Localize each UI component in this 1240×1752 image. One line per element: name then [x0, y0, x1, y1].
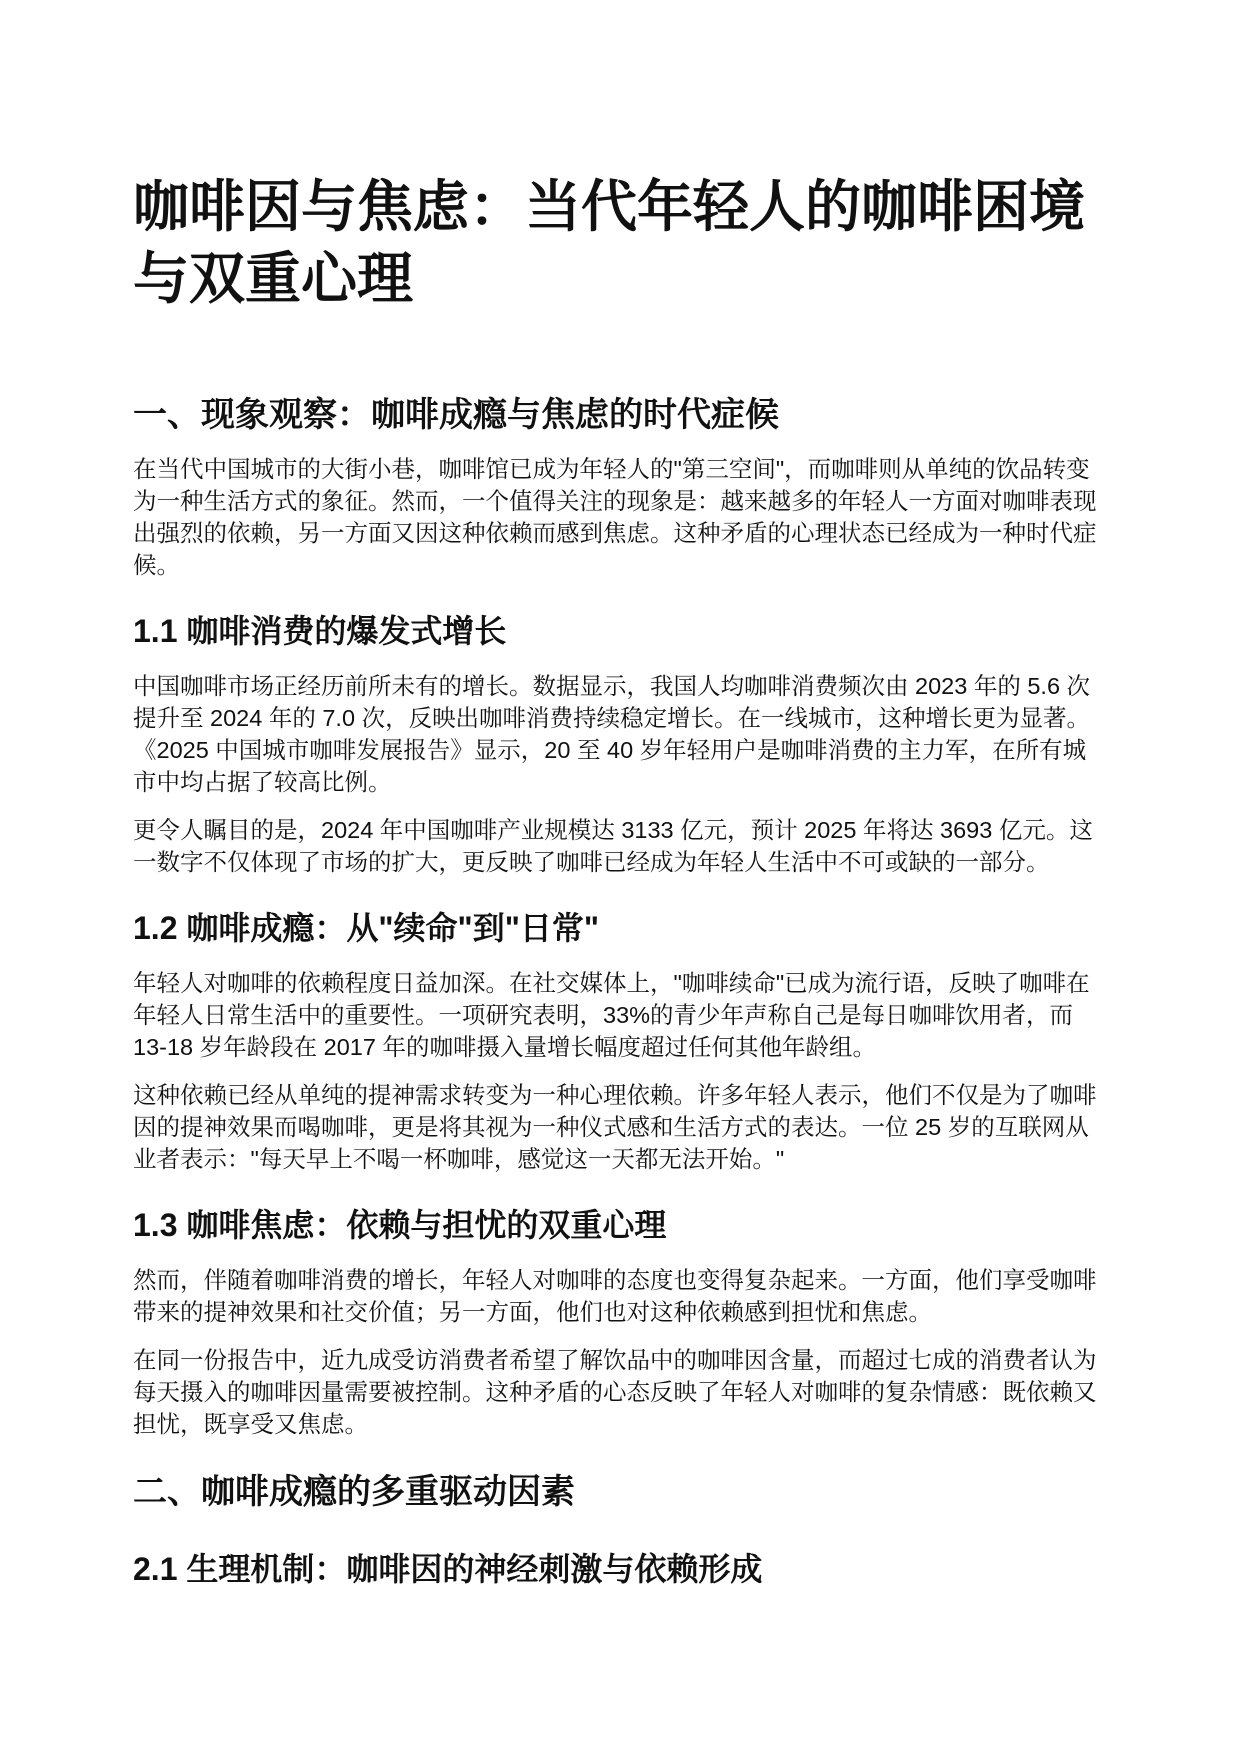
section-heading-1: 一、现象观察：咖啡成瘾与焦虑的时代症候 — [133, 393, 1107, 437]
paragraph-phenomenon-intro: 在当代中国城市的大街小巷，咖啡馆已成为年轻人的"第三空间"，而咖啡则从单纯的饮品… — [133, 453, 1107, 581]
subsection-heading-1-1: 1.1 咖啡消费的爆发式增长 — [133, 610, 1107, 652]
subsection-heading-1-2: 1.2 咖啡成瘾：从"续命"到"日常" — [133, 907, 1107, 949]
paragraph-consumption-growth: 中国咖啡市场正经历前所未有的增长。数据显示，我国人均咖啡消费频次由 2023 年… — [133, 670, 1107, 798]
paragraph-caffeine-control: 在同一份报告中，近九成受访消费者希望了解饮品中的咖啡因含量，而超过七成的消费者认… — [133, 1344, 1107, 1440]
document-title: 咖啡因与焦虑：当代年轻人的咖啡困境与双重心理 — [133, 171, 1107, 315]
subsection-heading-1-3: 1.3 咖啡焦虑：依赖与担忧的双重心理 — [133, 1204, 1107, 1246]
section-heading-2: 二、咖啡成瘾的多重驱动因素 — [133, 1470, 1107, 1514]
document-body: 咖啡因与焦虑：当代年轻人的咖啡困境与双重心理 一、现象观察：咖啡成瘾与焦虑的时代… — [0, 0, 1240, 1752]
paragraph-complex-attitude: 然而，伴随着咖啡消费的增长，年轻人对咖啡的态度也变得复杂起来。一方面，他们享受咖… — [133, 1264, 1107, 1328]
document-page: 咖啡因与焦虑：当代年轻人的咖啡困境与双重心理 一、现象观察：咖啡成瘾与焦虑的时代… — [0, 0, 1240, 1752]
subsection-heading-2-1: 2.1 生理机制：咖啡因的神经刺激与依赖形成 — [133, 1548, 1107, 1590]
paragraph-psychological-dependence: 这种依赖已经从单纯的提神需求转变为一种心理依赖。许多年轻人表示，他们不仅是为了咖… — [133, 1079, 1107, 1175]
paragraph-dependence-deepening: 年轻人对咖啡的依赖程度日益加深。在社交媒体上，"咖啡续命"已成为流行语，反映了咖… — [133, 967, 1107, 1063]
paragraph-industry-scale: 更令人瞩目的是，2024 年中国咖啡产业规模达 3133 亿元，预计 2025 … — [133, 814, 1107, 878]
